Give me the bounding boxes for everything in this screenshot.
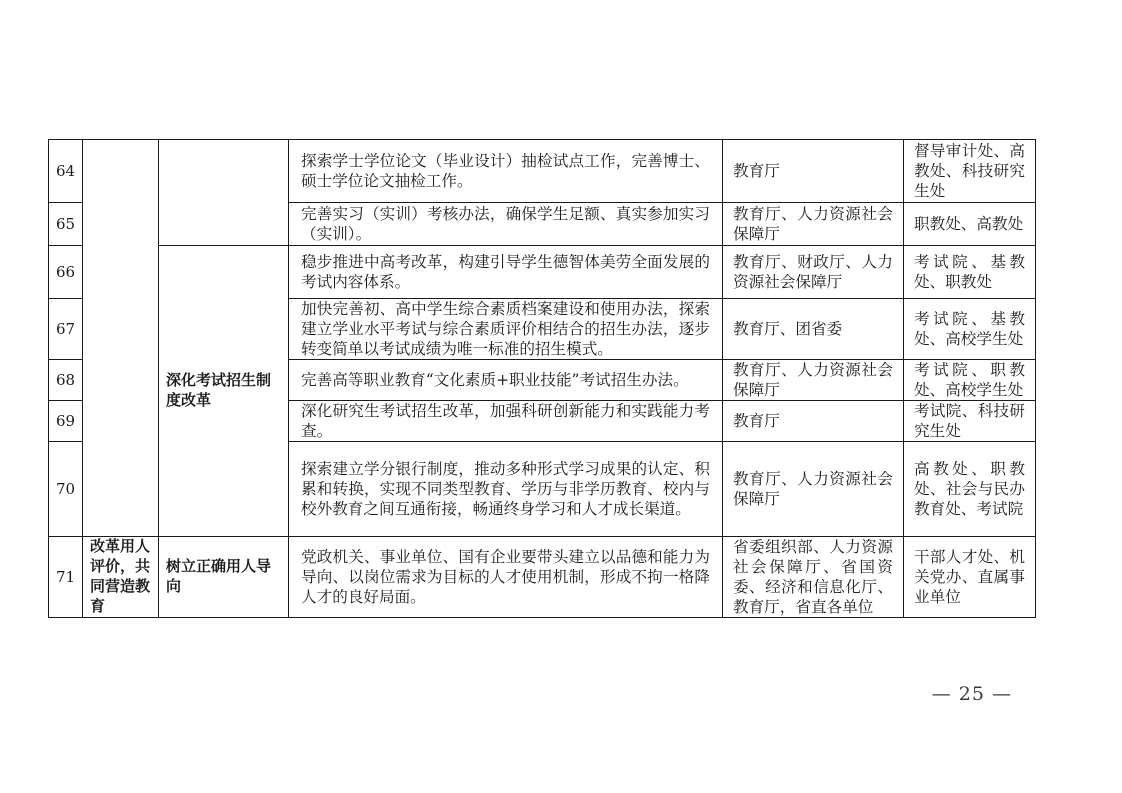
row-69-number: 69 [49,401,83,442]
task-cell-71: 党政机关、事业单位、国有企业要带头建立以品德和能力为导向、以岗位需求为目标的人才… [289,537,723,618]
task-cell-69: 深化研究生考试招生改革，加强科研创新能力和实践能力考查。 [289,401,723,442]
office-cell-71: 干部人才处、机关党办、直属事业单位 [904,537,1036,618]
office-cell-67: 考试院、基教处、高校学生处 [904,299,1036,360]
task-cell-67: 加快完善初、高中学生综合素质档案建设和使用办法，探索建立学业水平考试与综合素质评… [289,299,723,360]
row-71-number: 71 [49,537,83,618]
task-cell-64: 探索学士学位论文（毕业设计）抽检试点工作，完善博士、硕士学位论文抽检工作。 [289,140,723,203]
office-cell-68: 考试院、职教处、高校学生处 [904,360,1036,401]
subcategory-cell-71: 树立正确用人导向 [159,537,289,618]
task-cell-66: 稳步推进中高考改革，构建引导学生德智体美劳全面发展的考试内容体系。 [289,246,723,299]
task-cell-70: 探索建立学分银行制度，推动多种形式学习成果的认定、积累和转换，实现不同类型教育、… [289,442,723,537]
dept-cell-69: 教育厅 [723,401,904,442]
document-page: 64 探索学士学位论文（毕业设计）抽检试点工作，完善博士、硕士学位论文抽检工作。… [0,0,1122,793]
dept-cell-64: 教育厅 [723,140,904,203]
row-66-number: 66 [49,246,83,299]
dept-cell-66: 教育厅、财政厅、人力资源社会保障厅 [723,246,904,299]
row-65-number: 65 [49,203,83,246]
task-table: 64 探索学士学位论文（毕业设计）抽检试点工作，完善博士、硕士学位论文抽检工作。… [48,139,1036,618]
table-row: 66 深化考试招生制度改革 稳步推进中高考改革，构建引导学生德智体美劳全面发展的… [49,246,1036,299]
category-cell-71: 改革用人评价，共同营造教育 [83,537,159,618]
dept-cell-70: 教育厅、人力资源社会保障厅 [723,442,904,537]
subcategory-cell-64-65 [159,140,289,246]
office-cell-65: 职教处、高教处 [904,203,1036,246]
page-number: — 25 — [932,683,1012,705]
dept-cell-65: 教育厅、人力资源社会保障厅 [723,203,904,246]
dept-cell-71: 省委组织部、人力资源社会保障厅、省国资委、经济和信息化厅、教育厅，省直各单位 [723,537,904,618]
table-row: 64 探索学士学位论文（毕业设计）抽检试点工作，完善博士、硕士学位论文抽检工作。… [49,140,1036,203]
office-cell-64: 督导审计处、高教处、科技研究生处 [904,140,1036,203]
row-68-number: 68 [49,360,83,401]
table-row: 71 改革用人评价，共同营造教育 树立正确用人导向 党政机关、事业单位、国有企业… [49,537,1036,618]
office-cell-66: 考试院、基教处、职教处 [904,246,1036,299]
subcategory-cell-66-70: 深化考试招生制度改革 [159,246,289,537]
row-67-number: 67 [49,299,83,360]
task-cell-68: 完善高等职业教育“文化素质+职业技能”考试招生办法。 [289,360,723,401]
office-cell-69: 考试院、科技研究生处 [904,401,1036,442]
row-64-number: 64 [49,140,83,203]
office-cell-70: 高教处、职教处、社会与民办教育处、考试院 [904,442,1036,537]
task-cell-65: 完善实习（实训）考核办法，确保学生足额、真实参加实习（实训）。 [289,203,723,246]
dept-cell-68: 教育厅、人力资源社会保障厅 [723,360,904,401]
dept-cell-67: 教育厅、团省委 [723,299,904,360]
category-cell-64-70 [83,140,159,537]
row-70-number: 70 [49,442,83,537]
